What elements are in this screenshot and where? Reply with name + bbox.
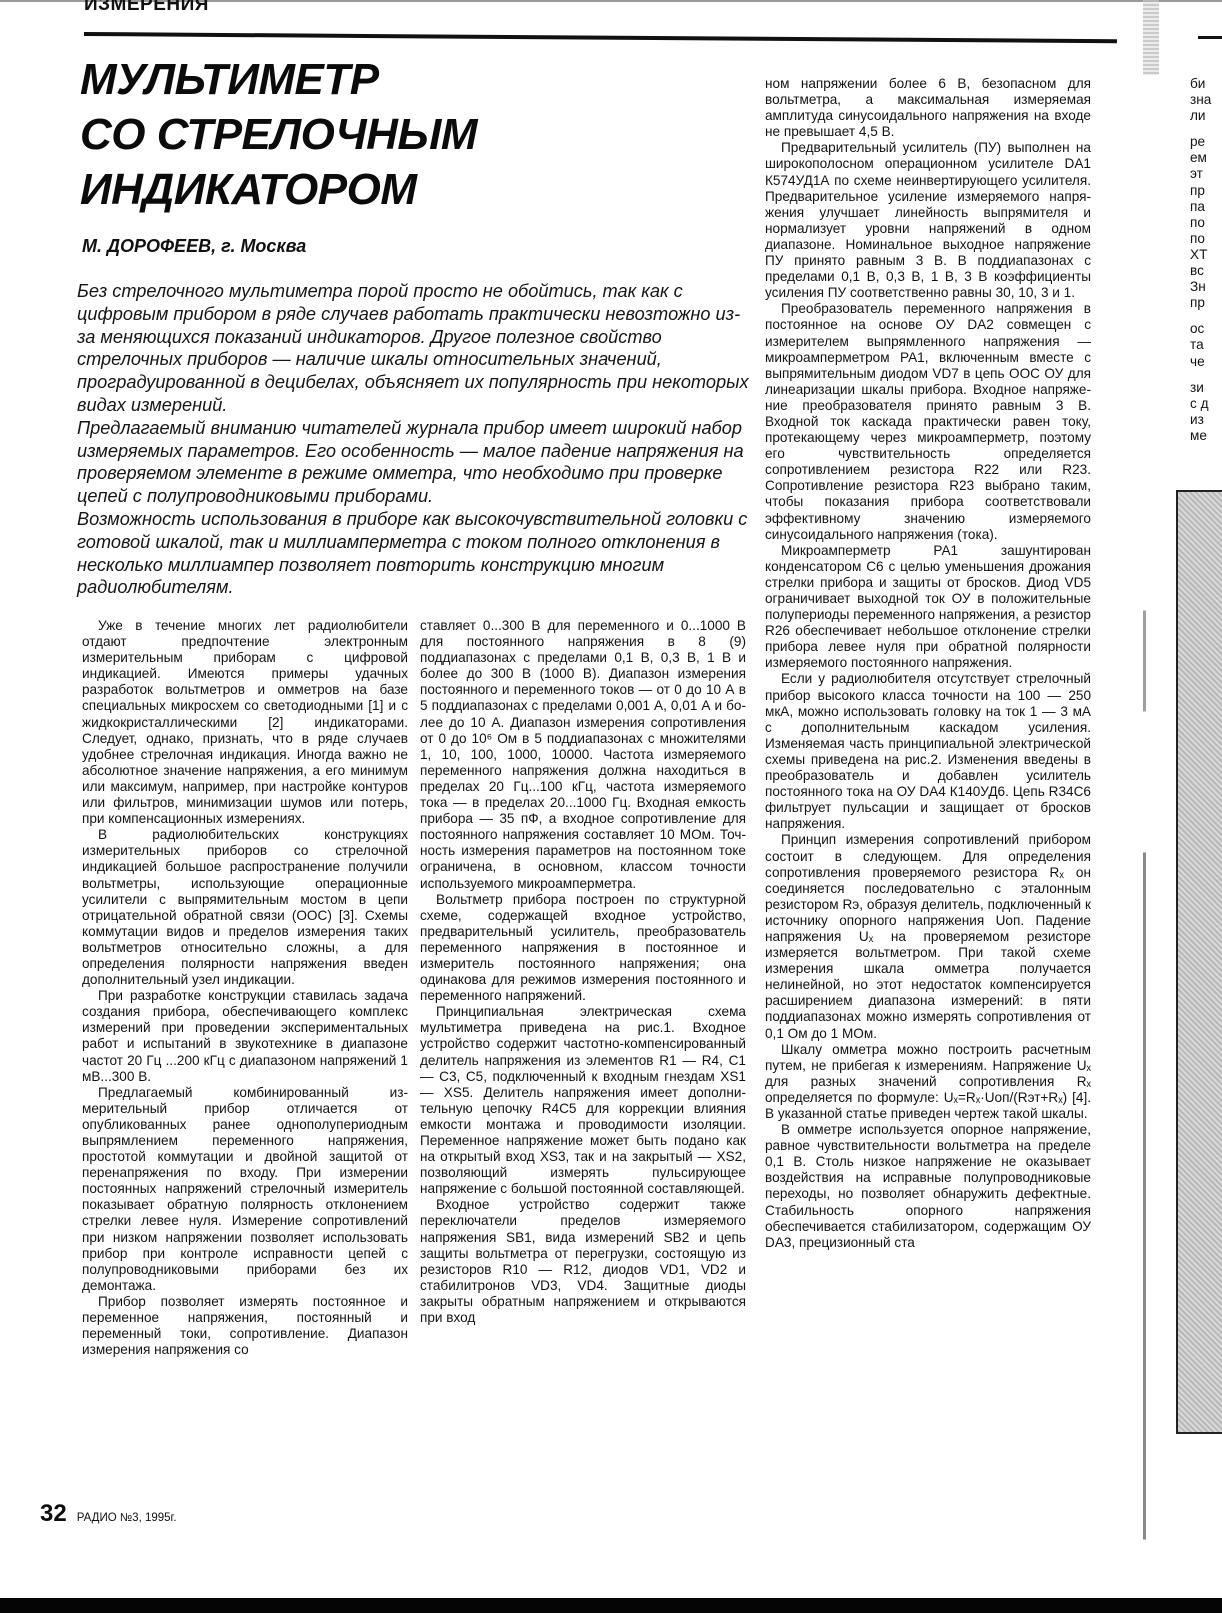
body-column-3: ном напряжении более 6 В, безопасном для…	[765, 76, 1091, 1251]
fragment: ме	[1190, 428, 1222, 444]
scan-bottom-edge	[0, 1598, 1222, 1613]
body-column-1: Уже в течение многих лет радиолюби­тели …	[82, 618, 408, 1358]
article-lead: Без стрелочного мультиметра порой просто…	[77, 280, 755, 599]
fragment: ре	[1190, 134, 1222, 150]
body-paragraph: Вольтметр прибора построен по структурно…	[420, 892, 746, 1005]
body-paragraph: Если у радиолюбителя отсутствует стрелоч…	[765, 671, 1091, 832]
title-line: СО СТРЕЛОЧНЫМ	[80, 107, 477, 162]
fragment: ли	[1190, 108, 1222, 124]
fragment: по	[1190, 215, 1222, 231]
body-paragraph: ном напряжении более 6 В, безопасном для…	[765, 76, 1091, 140]
lead-paragraph: Возможность использования в приборе как …	[77, 508, 755, 599]
body-paragraph: Входное устройство содержит также перекл…	[420, 1197, 746, 1326]
body-paragraph: В радиолюбительских конструкциях измерит…	[82, 827, 408, 988]
body-paragraph: Шкалу омметра можно построить рас­четным…	[765, 1042, 1091, 1122]
body-column-2: ставляет 0...300 В для переменного и 0..…	[420, 618, 746, 1326]
fragment: пр	[1190, 295, 1222, 311]
binding-shadow	[1143, 580, 1146, 1590]
fragment: па	[1190, 199, 1222, 215]
fragment: с д	[1190, 396, 1222, 412]
author-byline: М. ДОРОФЕЕВ, г. Москва	[82, 236, 306, 257]
adjacent-page-fragments: би зна ли ре ем эт пр па по по ХТ вс Зн …	[1190, 76, 1222, 444]
fragment: по	[1190, 231, 1222, 247]
fragment: зи	[1190, 380, 1222, 396]
article-title: МУЛЬТИМЕТР СО СТРЕЛОЧНЫМ ИНДИКАТОРОМ	[80, 52, 477, 217]
section-label: ИЗМЕРЕНИЯ	[84, 0, 209, 16]
fragment-gap	[1190, 370, 1222, 380]
body-paragraph: Уже в течение многих лет радиолюби­тели …	[82, 618, 408, 827]
lead-paragraph: Без стрелочного мультиметра порой просто…	[77, 280, 755, 417]
fragment: зна	[1190, 92, 1222, 108]
fragment: ос	[1190, 321, 1222, 337]
issue-label: РАДИО №3, 1995г.	[77, 1512, 177, 1524]
fragment-gap	[1190, 124, 1222, 134]
lead-paragraph: Предлагаемый вниманию читателей журнала …	[77, 417, 755, 508]
body-paragraph: ставляет 0...300 В для переменного и 0..…	[420, 618, 746, 892]
fragment: эт	[1190, 166, 1222, 182]
fragment: ХТ	[1190, 247, 1222, 263]
fragment: ем	[1190, 150, 1222, 166]
body-paragraph: Прибор позволяет измерять постоян­ное и …	[82, 1294, 408, 1358]
fragment: че	[1190, 354, 1222, 370]
body-paragraph: Принципиальная электрическая схема мульт…	[420, 1004, 746, 1197]
title-line: ИНДИКАТОРОМ	[80, 162, 477, 217]
body-paragraph: Предварительный усилитель (ПУ) вы­полнен…	[765, 140, 1091, 301]
header-rule-next-page	[1198, 36, 1222, 39]
fragment: та	[1190, 337, 1222, 353]
fragment: Зн	[1190, 279, 1222, 295]
body-paragraph: При разработке конструкции стави­лась за…	[82, 988, 408, 1085]
fragment-gap	[1190, 311, 1222, 321]
body-paragraph: Преобразователь переменного напря­жения …	[765, 301, 1091, 542]
body-paragraph: Микроамперметр PA1 зашунтирован конденса…	[765, 543, 1091, 672]
page-footer: 32 РАДИО №3, 1995г.	[40, 1500, 177, 1528]
title-line: МУЛЬТИМЕТР	[80, 52, 477, 107]
binding-gutter	[1143, 0, 1159, 75]
fragment: би	[1190, 76, 1222, 92]
body-paragraph: В омметре используется опорное на­пряжен…	[765, 1122, 1091, 1251]
adjacent-page-figure	[1176, 490, 1222, 1434]
fragment: пр	[1190, 183, 1222, 199]
fragment: вс	[1190, 263, 1222, 279]
body-paragraph: Предлагаемый комбинированный из­меритель…	[82, 1085, 408, 1294]
page-number: 32	[40, 1500, 67, 1528]
header-rule	[84, 32, 1117, 43]
fragment: из	[1190, 412, 1222, 428]
body-paragraph: Принцип измерения сопротивлений прибором…	[765, 832, 1091, 1041]
